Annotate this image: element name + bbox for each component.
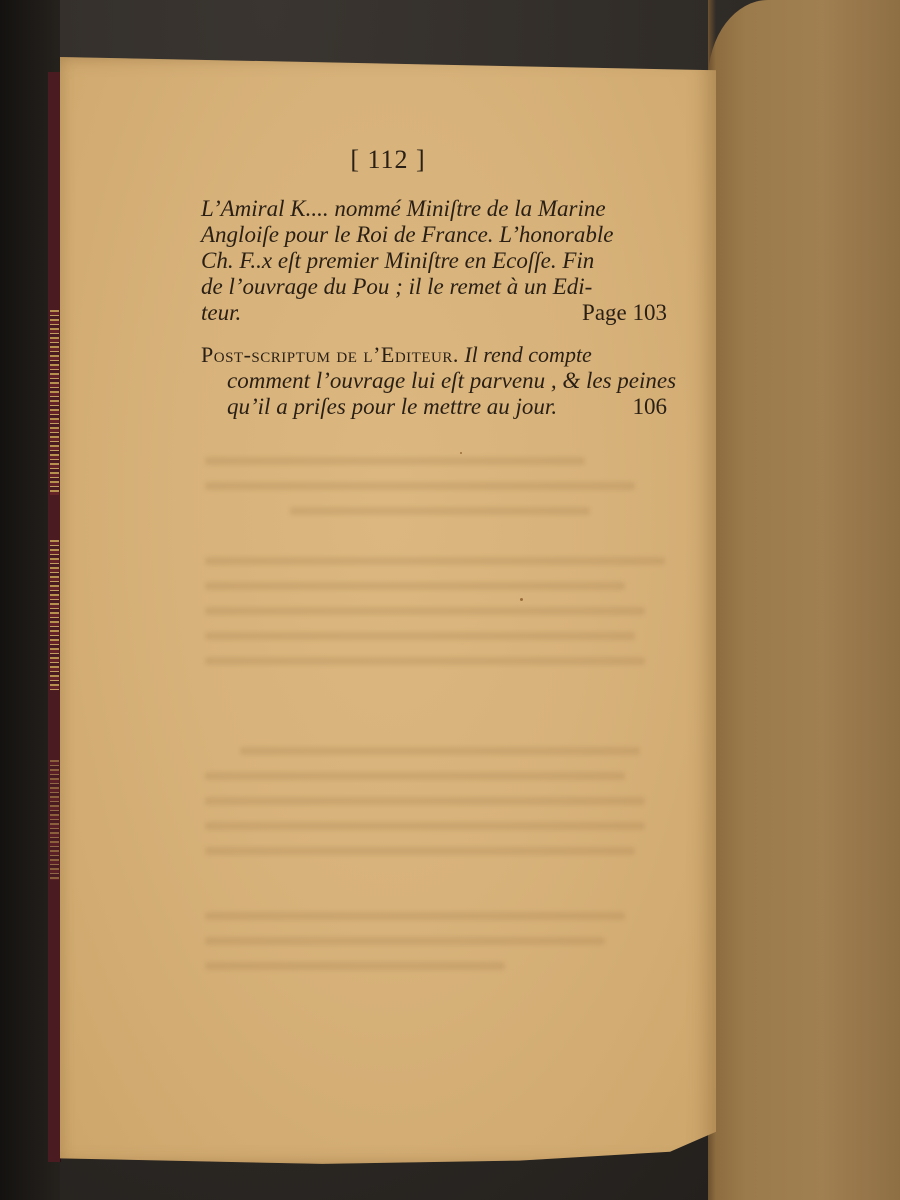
show-through-text <box>205 937 605 945</box>
page-reference: 106 <box>633 394 668 420</box>
facing-page <box>708 0 900 1200</box>
show-through-text <box>205 557 665 565</box>
marbled-edge-pattern <box>50 760 59 880</box>
show-through-text <box>205 797 645 805</box>
show-through-text <box>205 847 635 855</box>
page-number: [ 112 ] <box>60 145 716 175</box>
entry-last-line: qu’il a priſes pour le mettre au jour. 1… <box>201 394 667 420</box>
show-through-text <box>205 772 625 780</box>
entry-line: de l’ouvrage du Pou ; il le remet à un E… <box>201 274 667 300</box>
show-through-text <box>205 457 585 465</box>
paper-speck <box>460 452 462 454</box>
show-through-text <box>205 822 645 830</box>
entry-line: Angloiſe pour le Roi de France. L’honora… <box>201 222 667 248</box>
entry-heading: Post-scriptum de l’Editeur. <box>201 342 459 367</box>
show-through-text <box>205 607 645 615</box>
book-page: [ 112 ] L’Amiral K.... nommé Miniſtre de… <box>60 57 716 1165</box>
show-through-text <box>205 912 625 920</box>
marbled-edge-pattern <box>50 310 59 495</box>
entry-line: comment l’ouvrage lui eſt parvenu , & le… <box>201 368 667 394</box>
show-through-text <box>240 747 640 755</box>
show-through-text <box>205 482 635 490</box>
marbled-edge-pattern <box>50 540 59 690</box>
show-through-text <box>205 657 645 665</box>
show-through-text <box>205 962 505 970</box>
entry-line: L’Amiral K.... nommé Miniſtre de la Mari… <box>201 196 667 222</box>
toc-entry: L’Amiral K.... nommé Miniſtre de la Mari… <box>201 196 667 326</box>
show-through-text <box>205 632 635 640</box>
entry-heading-tail: Il rend compte <box>459 342 592 367</box>
show-through-text <box>205 582 625 590</box>
entry-line-text: teur. <box>201 300 241 326</box>
entry-heading-line: Post-scriptum de l’Editeur. Il rend comp… <box>201 342 667 368</box>
entry-last-line: teur. Page 103 <box>201 300 667 326</box>
entry-line: Ch. F..x eſt premier Miniſtre en Ecoſſe.… <box>201 248 667 274</box>
entry-line-text: qu’il a priſes pour le mettre au jour. <box>227 394 557 420</box>
toc-entry: Post-scriptum de l’Editeur. Il rend comp… <box>201 342 667 420</box>
paper-speck <box>520 598 523 601</box>
show-through-text <box>290 507 590 515</box>
page-reference: Page 103 <box>582 300 667 326</box>
